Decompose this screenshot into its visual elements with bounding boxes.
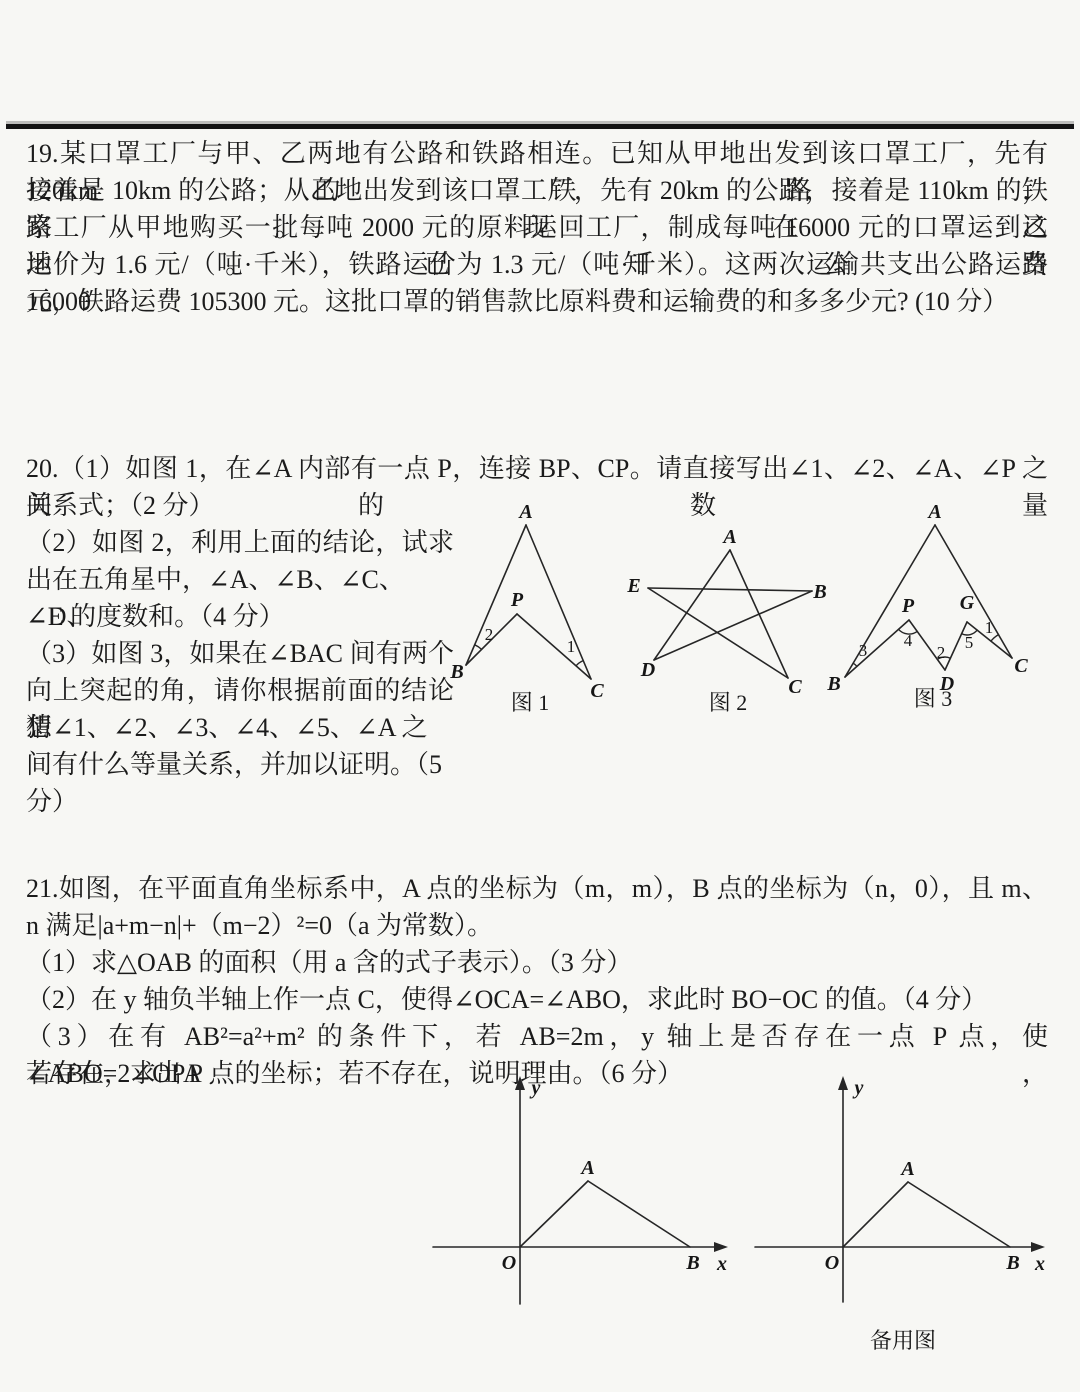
coordR-origin-label: O: [825, 1252, 839, 1274]
coordinate-figure-left: y x O A B: [420, 1072, 740, 1317]
coordR-y-label: y: [853, 1077, 864, 1099]
p20-line-3: （2）如图 2，利用上面的结论，试求: [26, 524, 454, 561]
p19-line-3: 家工厂从甲地购买一批每吨 2000 元的原料运回工厂，制成每吨 16000 元的…: [26, 209, 1048, 246]
fig1-label-P: P: [510, 589, 524, 611]
coordL-pointB-label: B: [685, 1252, 699, 1274]
fig3-label-P: P: [901, 595, 915, 617]
p19-line-2: 接着是 10km 的公路；从乙地出发到该口罩工厂，先有 20km 的公路，接着是…: [26, 172, 1048, 209]
coordL-x-label: x: [716, 1253, 727, 1275]
p19-line-5: 元，铁路运费 105300 元。这批口罩的销售款比原料费和运输费的和多多少元? …: [26, 283, 1048, 320]
coordL-x-arrow: [714, 1242, 728, 1252]
fig3-label-C: C: [1014, 655, 1028, 677]
fig3-caption: 图 3: [914, 686, 953, 711]
coordL-origin-label: O: [502, 1252, 516, 1274]
coordL-y-label: y: [530, 1077, 541, 1099]
coordR-line-AB: [908, 1182, 1010, 1247]
p20-line-8: 想∠1、∠2、∠3、∠4、∠5、∠A 之: [26, 709, 454, 746]
fig3-label-angle5: 5: [965, 633, 974, 652]
fig1-line-PC: [517, 614, 591, 679]
coordR-x-label: x: [1034, 1253, 1045, 1275]
p19-line-1: 19.某口罩工厂与甲、乙两地有公路和铁路相连。已知从甲地出发到该口罩工厂，先有 …: [26, 135, 1048, 172]
fig2-label-D: D: [640, 659, 655, 681]
fig3-label-angle4: 4: [904, 631, 913, 650]
p21-line-1: 21.如图，在平面直角坐标系中，A 点的坐标为（m，m），B 点的坐标为（n，0…: [26, 870, 1048, 907]
figure-3: A B C P G D 3 4 2 5 1 图 3: [820, 500, 1052, 718]
fig1-angle2-arc: [475, 645, 482, 650]
fig2-label-C: C: [788, 676, 802, 698]
fig1-label-angle1: 1: [567, 637, 576, 656]
p20-line-1: 20.（1）如图 1，在∠A 内部有一点 P，连接 BP、CP。请直接写出∠1、…: [26, 450, 1048, 487]
fig2-line-EB: [648, 588, 812, 591]
fig1-angle1-arc: [576, 661, 583, 666]
fig2-caption: 图 2: [709, 690, 748, 715]
p20-line-7: 向上突起的角，请你根据前面的结论猜: [26, 672, 454, 709]
p20-line-6: （3）如图 3，如果在∠BAC 间有两个: [26, 635, 454, 672]
p21-line-4: （2）在 y 轴负半轴上作一点 C，使得∠OCA=∠ABO，求此时 BO−OC …: [26, 981, 1048, 1018]
fig3-label-angle3: 3: [859, 641, 868, 660]
p21-line-3: （1）求△OAB 的面积（用 a 含的式子表示）。（3 分）: [26, 944, 1048, 981]
p21-line-5: （3）在有 AB²=a²+m² 的条件下，若 AB=2m，y 轴上是否存在一点 …: [26, 1018, 1048, 1055]
fig1-label-A: A: [517, 501, 532, 523]
fig3-label-A: A: [926, 501, 941, 523]
p21-line-2: n 满足|a+m−n|+（m−2）²=0（a 为常数）。: [26, 907, 1048, 944]
fig1-caption: 图 1: [511, 690, 550, 715]
figure-1: A P B C 2 1 图 1: [440, 500, 625, 718]
coordL-line-OA: [520, 1181, 588, 1247]
fig1-label-B: B: [449, 661, 463, 683]
fig3-angle3-arc: [853, 663, 857, 666]
coordR-pointA-label: A: [899, 1158, 914, 1180]
p20-line-5: ∠E 的度数和。（4 分）: [26, 598, 454, 635]
fig2-label-E: E: [626, 575, 640, 597]
fig3-line-DG: [945, 622, 967, 670]
backup-figure-caption: 备用图: [870, 1328, 936, 1353]
fig3-label-angle2: 2: [937, 643, 946, 662]
coordR-x-arrow: [1031, 1242, 1045, 1252]
coordinate-figure-backup: y x O A B 备用图: [740, 1072, 1080, 1362]
coordL-pointA-label: A: [579, 1157, 594, 1179]
fig3-label-B: B: [826, 673, 840, 695]
coordL-y-arrow: [515, 1076, 525, 1090]
coordR-y-arrow: [838, 1076, 848, 1090]
fig3-label-G: G: [960, 592, 975, 614]
exam-page: 19.某口罩工厂与甲、乙两地有公路和铁路相连。已知从甲地出发到该口罩工厂，先有 …: [0, 0, 1080, 1392]
fig3-line-BP: [845, 620, 909, 677]
fig1-line-AC: [526, 525, 591, 679]
problem-19: 19.某口罩工厂与甲、乙两地有公路和铁路相连。已知从甲地出发到该口罩工厂，先有 …: [26, 135, 1048, 320]
p19-line-4: 运价为 1.6 元/（吨·千米），铁路运价为 1.3 元/（吨·千米）。这两次运…: [26, 246, 1048, 283]
fig2-label-A: A: [721, 526, 736, 548]
p20-line-4: 出在五角星中，∠A、∠B、∠C、∠D、: [26, 561, 454, 598]
coordR-pointB-label: B: [1005, 1252, 1019, 1274]
figure-2: A E B D C 图 2: [620, 530, 832, 718]
coordR-line-OA: [843, 1182, 908, 1247]
fig1-label-C: C: [590, 680, 604, 702]
problem-20-column: （2）如图 2，利用上面的结论，试求 出在五角星中，∠A、∠B、∠C、∠D、 ∠…: [26, 524, 454, 783]
section-divider-line: [6, 124, 1074, 129]
fig1-label-angle2: 2: [485, 625, 494, 644]
fig3-label-angle1: 1: [985, 618, 994, 637]
p20-line-9: 间有什么等量关系，并加以证明。（5 分）: [26, 746, 454, 783]
problem-21: 21.如图，在平面直角坐标系中，A 点的坐标为（m，m），B 点的坐标为（n，0…: [26, 870, 1048, 1092]
coordL-line-AB: [588, 1181, 690, 1247]
